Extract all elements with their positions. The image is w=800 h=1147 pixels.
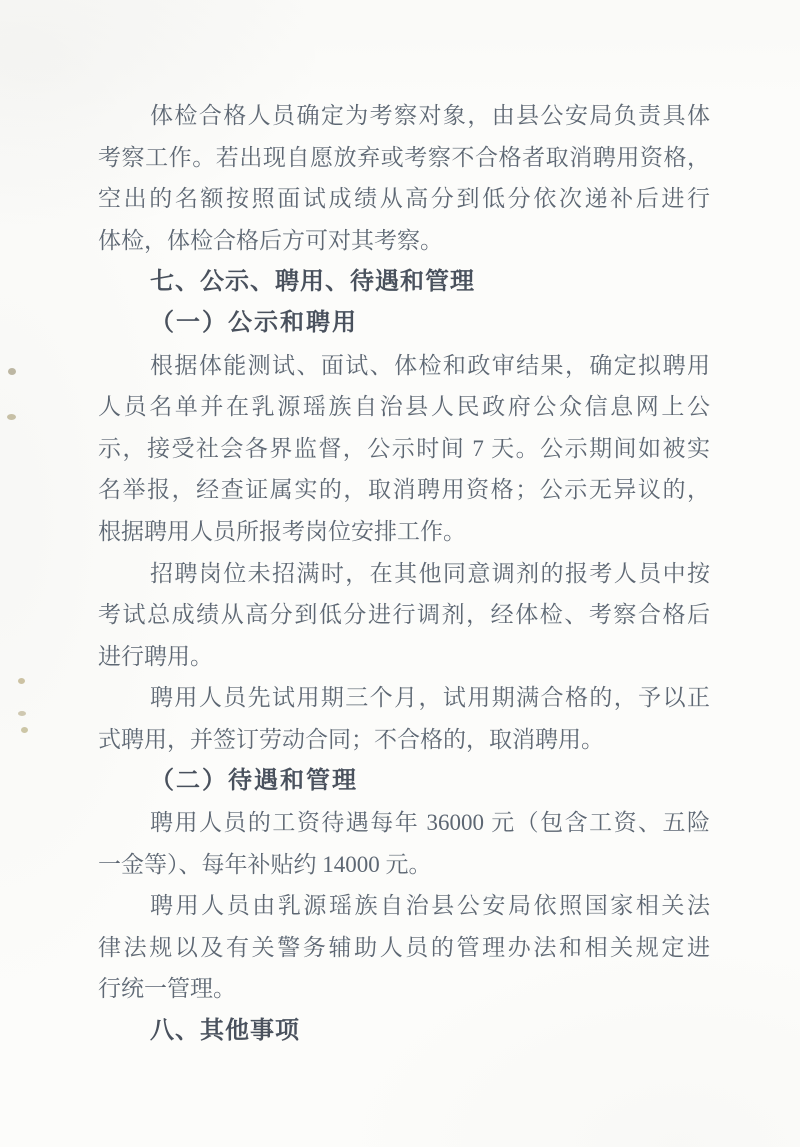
text-line: 考察工作。若出现自愿放弃或考察不合格者取消聘用资格，	[98, 137, 710, 179]
section-heading: 八、其他事项	[98, 1010, 710, 1052]
paragraph: 聘用人员先试用期三个月，试用期满合格的，予以正式聘用，并签订劳动合同；不合格的，…	[98, 677, 710, 760]
text-line: 体检合格人员确定为考察对象，由县公安局负责具体	[98, 95, 710, 137]
paragraph: 体检合格人员确定为考察对象，由县公安局负责具体考察工作。若出现自愿放弃或考察不合…	[98, 95, 710, 261]
text-line: 七、公示、聘用、待遇和管理	[98, 261, 710, 303]
text-line: 一金等）、每年补贴约 14000 元。	[98, 844, 710, 886]
scan-speck	[7, 414, 16, 420]
text-line: 名举报，经查证属实的，取消聘用资格；公示无异议的，	[98, 469, 710, 511]
text-line: 聘用人员先试用期三个月，试用期满合格的，予以正	[98, 677, 710, 719]
scan-speck	[8, 368, 16, 375]
scan-speck	[18, 711, 26, 716]
text-line: （一）公示和聘用	[98, 303, 710, 345]
document-body: 体检合格人员确定为考察对象，由县公安局负责具体考察工作。若出现自愿放弃或考察不合…	[98, 95, 710, 1052]
scan-speck	[18, 678, 25, 684]
text-line: 考试总成绩从高分到低分进行调剂，经体检、考察合格后	[98, 594, 710, 636]
section-heading: （一）公示和聘用	[98, 303, 710, 345]
text-line: 根据体能测试、面试、体检和政审结果，确定拟聘用	[98, 345, 710, 387]
text-line: 聘用人员的工资待遇每年 36000 元（包含工资、五险	[98, 802, 710, 844]
text-line: 式聘用，并签订劳动合同；不合格的，取消聘用。	[98, 719, 710, 761]
text-line: 聘用人员由乳源瑶族自治县公安局依照国家相关法	[98, 885, 710, 927]
section-heading: （二）待遇和管理	[98, 761, 710, 803]
text-line: 根据聘用人员所报考岗位安排工作。	[98, 511, 710, 553]
section-heading: 七、公示、聘用、待遇和管理	[98, 261, 710, 303]
text-line: 八、其他事项	[98, 1010, 710, 1052]
text-line: 律法规以及有关警务辅助人员的管理办法和相关规定进	[98, 927, 710, 969]
text-line: 体检，体检合格后方可对其考察。	[98, 220, 710, 262]
text-line: 空出的名额按照面试成绩从高分到低分依次递补后进行	[98, 178, 710, 220]
text-line: 人员名单并在乳源瑶族自治县人民政府公众信息网上公	[98, 386, 710, 428]
text-line: 行统一管理。	[98, 968, 710, 1010]
paragraph: 招聘岗位未招满时，在其他同意调剂的报考人员中按考试总成绩从高分到低分进行调剂，经…	[98, 553, 710, 678]
text-line: 进行聘用。	[98, 636, 710, 678]
scan-speck	[21, 727, 28, 733]
text-line: （二）待遇和管理	[98, 761, 710, 803]
scanned-document-page: 体检合格人员确定为考察对象，由县公安局负责具体考察工作。若出现自愿放弃或考察不合…	[0, 0, 800, 1147]
paragraph: 聘用人员的工资待遇每年 36000 元（包含工资、五险一金等）、每年补贴约 14…	[98, 802, 710, 885]
paragraph: 聘用人员由乳源瑶族自治县公安局依照国家相关法律法规以及有关警务辅助人员的管理办法…	[98, 885, 710, 1010]
text-line: 招聘岗位未招满时，在其他同意调剂的报考人员中按	[98, 553, 710, 595]
paragraph: 根据体能测试、面试、体检和政审结果，确定拟聘用人员名单并在乳源瑶族自治县人民政府…	[98, 345, 710, 553]
text-line: 示，接受社会各界监督，公示时间 7 天。公示期间如被实	[98, 428, 710, 470]
